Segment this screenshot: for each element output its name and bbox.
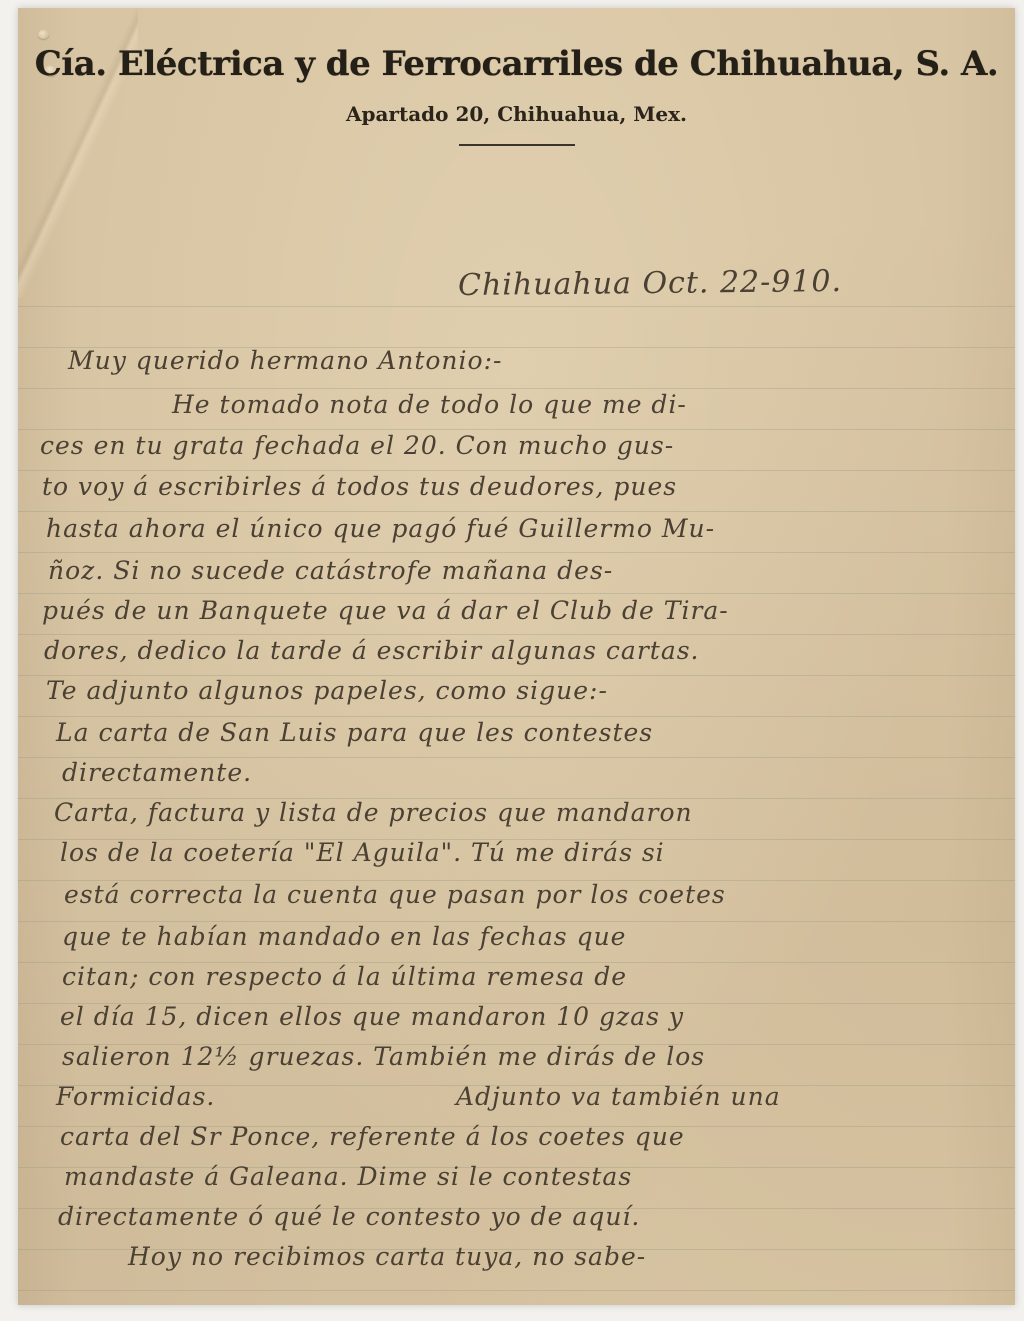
company-name: Cía. Eléctrica y de Ferrocarriles de Chi…	[18, 44, 1015, 84]
handwritten-line: La carta de San Luis para que les contes…	[56, 718, 653, 760]
letterhead-rule	[459, 144, 575, 146]
letter-paper: Cía. Eléctrica y de Ferrocarriles de Chi…	[18, 8, 1015, 1305]
handwritten-line: ñoz. Si no sucede catástrofe mañana des-	[48, 556, 613, 598]
handwritten-line: ces en tu grata fechada el 20. Con mucho…	[40, 431, 674, 473]
handwritten-line: dores, dedico la tarde á escribir alguna…	[44, 636, 700, 678]
handwritten-line: He tomado nota de todo lo que me di-	[172, 390, 687, 432]
paper-blemish	[38, 30, 49, 39]
handwritten-line: Muy querido hermano Antonio:-	[68, 346, 502, 388]
handwritten-line: to voy á escribirles á todos tus deudore…	[42, 472, 677, 514]
handwritten-line: está correcta la cuenta que pasan por lo…	[64, 880, 726, 922]
scan-background: Cía. Eléctrica y de Ferrocarriles de Chi…	[0, 0, 1024, 1321]
handwritten-line: que te habían mandado en las fechas que	[62, 922, 626, 964]
dateline: Chihuahua Oct. 22-910.	[458, 264, 842, 303]
handwritten-line: directamente.	[62, 758, 252, 800]
handwritten-line: el día 15, dicen ellos que mandaron 10 g…	[60, 1002, 684, 1044]
handwritten-line: pués de un Banquete que va á dar el Club…	[42, 596, 729, 638]
letterhead-address: Apartado 20, Chihuahua, Mex.	[18, 102, 1015, 126]
handwritten-line-segment: Adjunto va también una	[456, 1082, 781, 1111]
handwritten-line: citan; con respecto á la última remesa d…	[62, 962, 627, 1004]
handwritten-line: Hoy no recibimos carta tuya, no sabe-	[128, 1242, 646, 1284]
handwritten-line: hasta ahora el único que pagó fué Guille…	[46, 514, 715, 556]
handwritten-line: Te adjunto algunos papeles, como sigue:-	[46, 676, 608, 718]
handwritten-line: carta del Sr Ponce, referente á los coet…	[60, 1122, 685, 1164]
handwritten-line: directamente ó qué le contesto yo de aqu…	[58, 1202, 640, 1244]
handwritten-line: Carta, factura y lista de precios que ma…	[54, 798, 693, 840]
handwritten-line: salieron 12½ gruezas. También me dirás d…	[62, 1042, 705, 1084]
handwritten-line: los de la coetería "El Aguila". Tú me di…	[60, 838, 665, 880]
handwritten-line: mandaste á Galeana. Dime si le contestas	[64, 1162, 632, 1204]
handwritten-line: Formicidas. Adjunto va también una	[56, 1082, 1015, 1124]
handwritten-line-segment: Formicidas.	[56, 1082, 215, 1111]
